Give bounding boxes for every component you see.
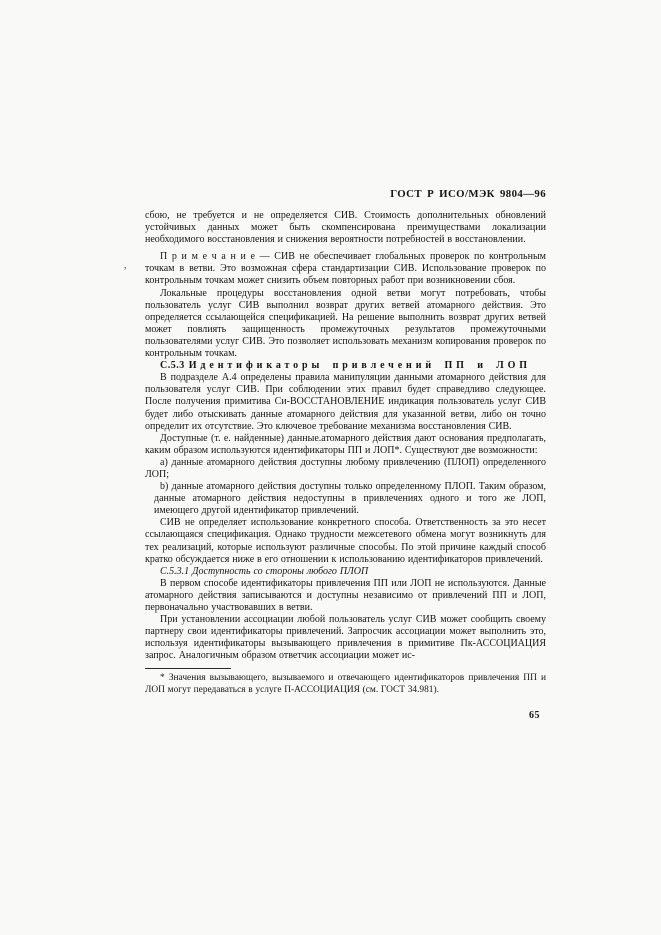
paragraph-available-data: Доступные (т. е. найденные) данные.атома… <box>145 433 546 457</box>
list-item-b: b) данные атомарного действия доступны т… <box>145 481 546 517</box>
note-paragraph: П р и м е ч а н и е — СИВ не обеспечивае… <box>145 251 546 287</box>
subsection-title: Доступность со стороны любого ПЛОП <box>192 566 368 577</box>
list-item-a: а) данные атомарного действия доступны л… <box>145 457 546 481</box>
paragraph-rules-a4: В подразделе А.4 определены правила мани… <box>145 372 546 432</box>
section-title: Идентификаторы привлечений ПП и ЛОП <box>189 360 531 371</box>
page-number: 65 <box>145 710 546 721</box>
footnote-separator <box>145 668 231 669</box>
section-heading-c531: С.5.3.1Доступность со стороны любого ПЛО… <box>145 566 546 578</box>
page-content: ГОСТ Р ИСО/МЭК 9804—96 сбою, не требуетс… <box>145 188 546 721</box>
paragraph-continuation: сбою, не требуется и не определяется СИВ… <box>145 210 546 246</box>
running-header: ГОСТ Р ИСО/МЭК 9804—96 <box>145 188 546 200</box>
paragraph-association: При установлении ассоциации любой пользо… <box>145 614 546 662</box>
footnote-text: * Значения вызывающего, вызываемого и от… <box>145 673 546 697</box>
subsection-number: С.5.3.1 <box>160 566 189 577</box>
section-number: С.5.3 <box>160 360 185 371</box>
document-page: , ГОСТ Р ИСО/МЭК 9804—96 сбою, не требуе… <box>0 0 661 935</box>
paragraph-siv-method: СИВ не определяет использование конкретн… <box>145 517 546 565</box>
section-heading-c53: С.5.3Идентификаторы привлечений ПП и ЛОП <box>145 360 546 372</box>
scan-artifact: , <box>124 260 127 271</box>
paragraph-local-procedures: Локальные процедуры восстановления одной… <box>145 288 546 361</box>
paragraph-first-method: В первом способе идентификаторы привлече… <box>145 578 546 614</box>
